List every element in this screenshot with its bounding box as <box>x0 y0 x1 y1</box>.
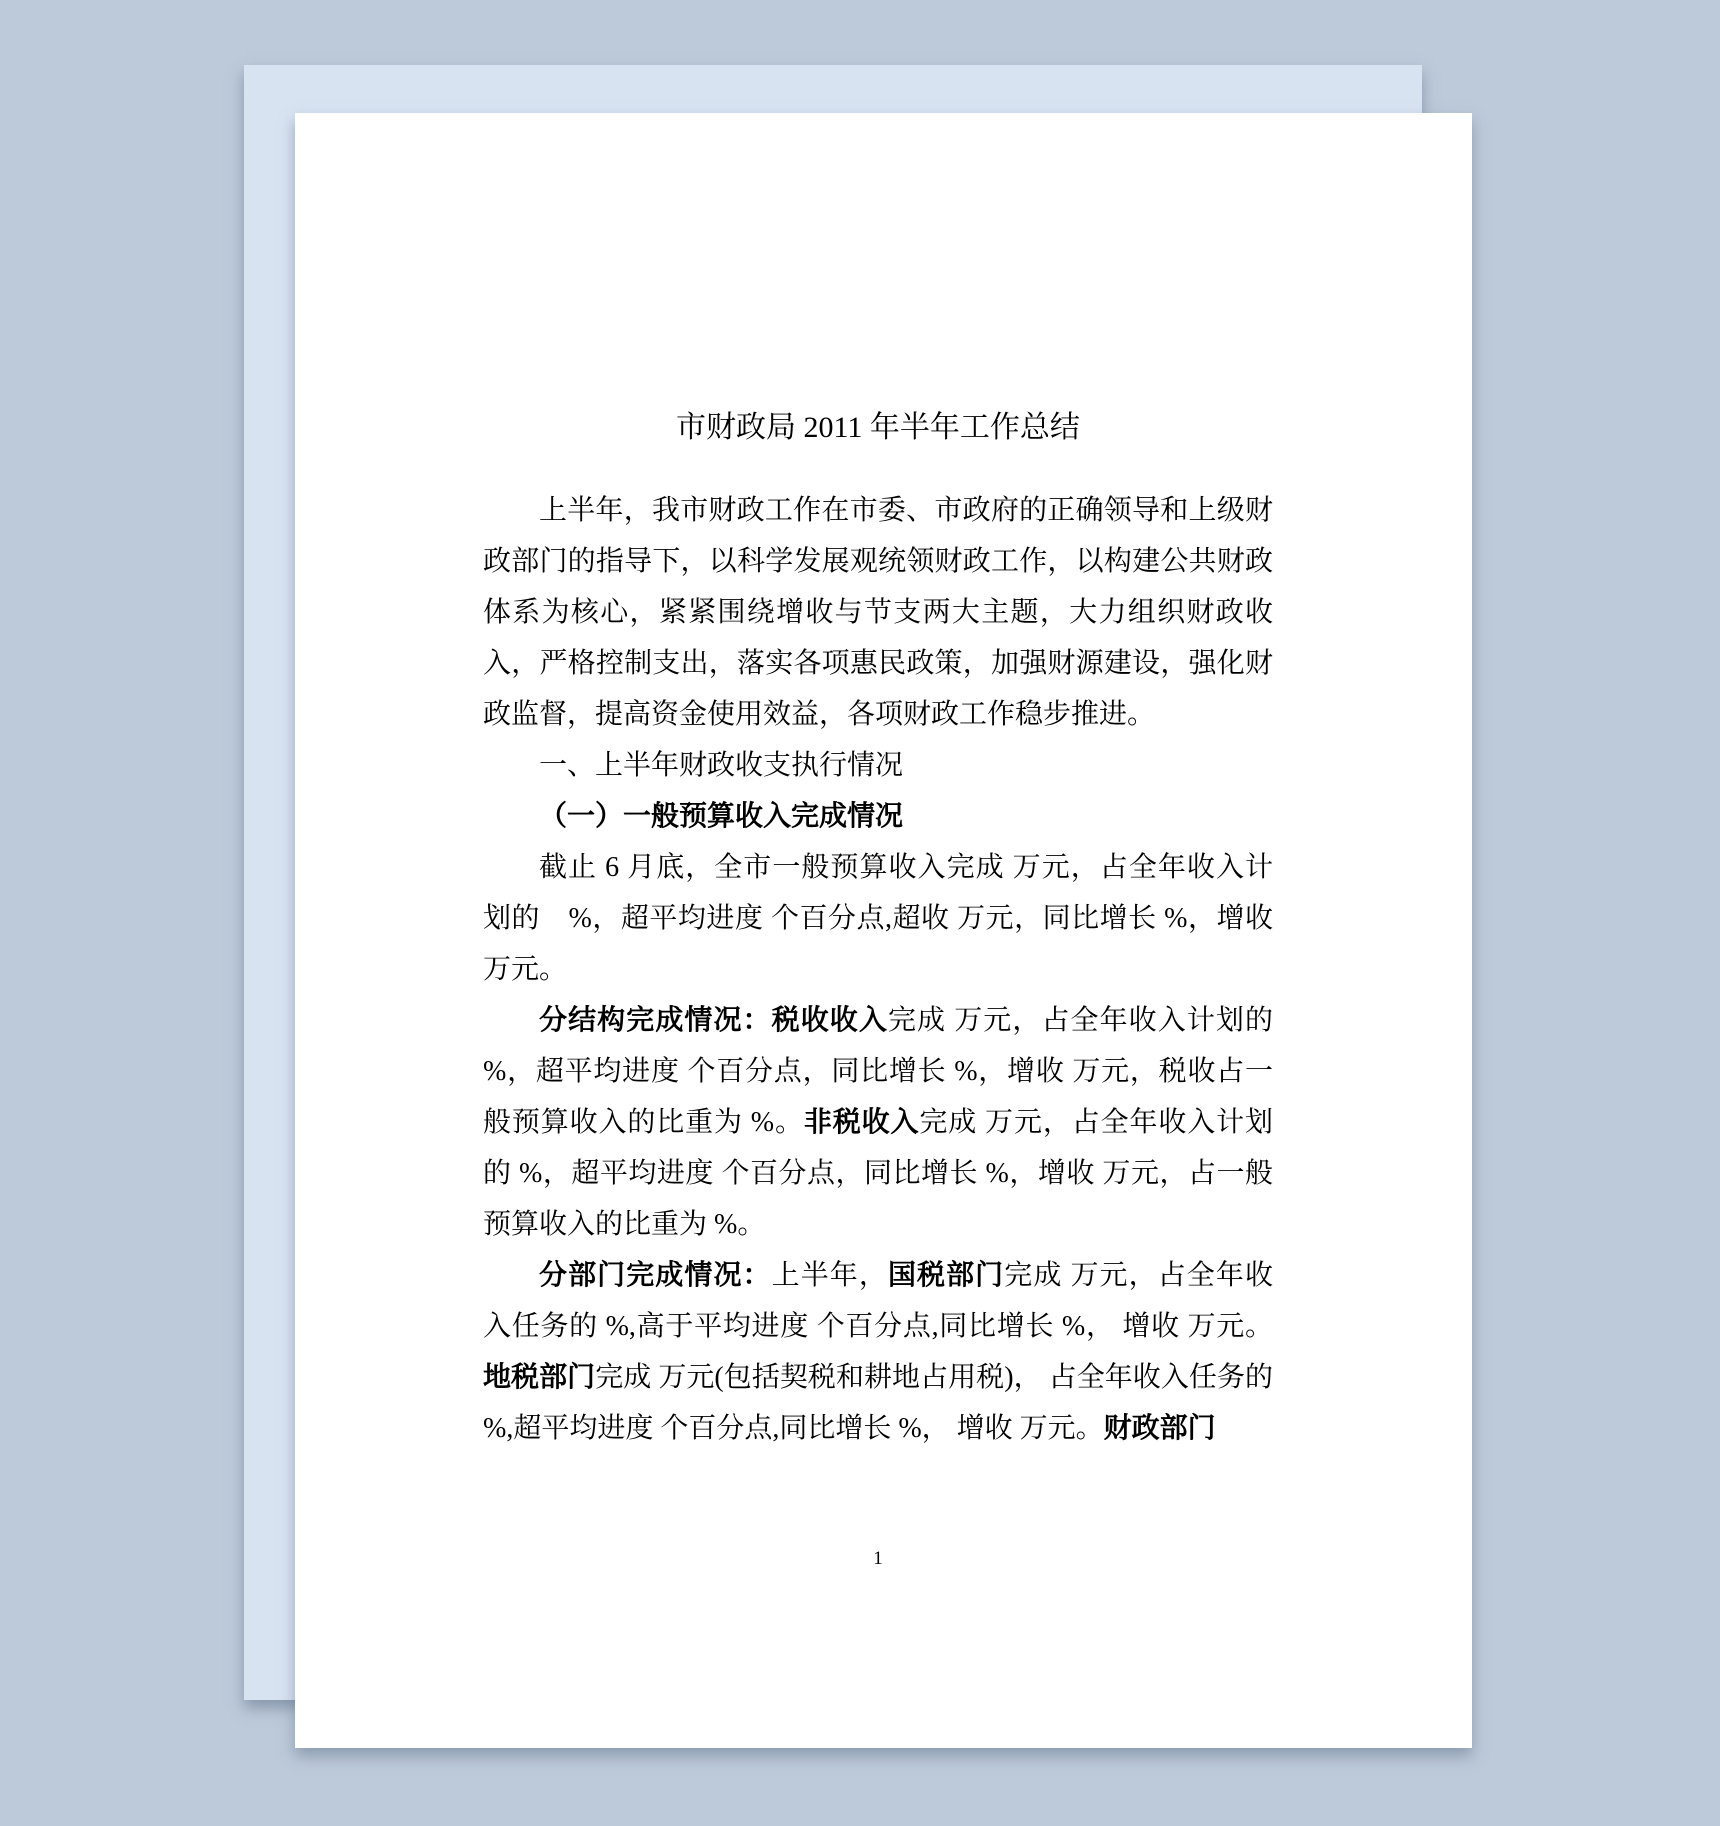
document-page: 市财政局 2011 年半年工作总结 上半年，我市财政工作在市委、市政府的正确领导… <box>295 113 1472 1748</box>
paragraph: 分部门完成情况：上半年，国税部门完成 万元，占全年收入任务的 %,高于平均进度 … <box>483 1250 1273 1454</box>
bold-text-run: 非税收入 <box>804 1107 920 1138</box>
text-run: 上半年， <box>772 1260 888 1291</box>
paragraph: 截止 6 月底，全市一般预算收入完成 万元，占全年收入计划的 %，超平均进度 个… <box>483 842 1273 995</box>
app-background: { "colors": { "background": "#bdcada", "… <box>0 0 1720 1826</box>
bold-text-run: 分部门完成情况： <box>539 1260 772 1291</box>
paragraph: 上半年，我市财政工作在市委、市政府的正确领导和上级财政部门的指导下，以科学发展观… <box>483 485 1273 740</box>
document-title: 市财政局 2011 年半年工作总结 <box>483 401 1273 455</box>
bold-text-run: 财政部门 <box>1104 1413 1216 1444</box>
text-run: 截止 6 月底，全市一般预算收入完成 万元，占全年收入计划的 %，超平均进度 个… <box>483 852 1273 985</box>
bold-text-run: （一）一般预算收入完成情况 <box>539 801 903 832</box>
bold-text-run: 国税部门 <box>888 1260 1004 1291</box>
paragraph-container: 上半年，我市财政工作在市委、市政府的正确领导和上级财政部门的指导下，以科学发展观… <box>483 485 1273 1454</box>
bold-text-run: 税收收入 <box>772 1005 888 1036</box>
paragraph: 分结构完成情况：税收收入完成 万元，占全年收入计划的 %，超平均进度 个百分点，… <box>483 995 1273 1250</box>
paragraph: 一、上半年财政收支执行情况 <box>483 740 1273 791</box>
page-number: 1 <box>483 1548 1273 1570</box>
bold-text-run: 地税部门 <box>483 1362 595 1393</box>
bold-text-run: 分结构完成情况： <box>539 1005 772 1036</box>
document-content: 市财政局 2011 年半年工作总结 上半年，我市财政工作在市委、市政府的正确领导… <box>483 401 1273 1454</box>
paragraph: （一）一般预算收入完成情况 <box>483 791 1273 842</box>
text-run: 上半年，我市财政工作在市委、市政府的正确领导和上级财政部门的指导下，以科学发展观… <box>483 495 1273 730</box>
text-run: 一、上半年财政收支执行情况 <box>539 750 903 781</box>
